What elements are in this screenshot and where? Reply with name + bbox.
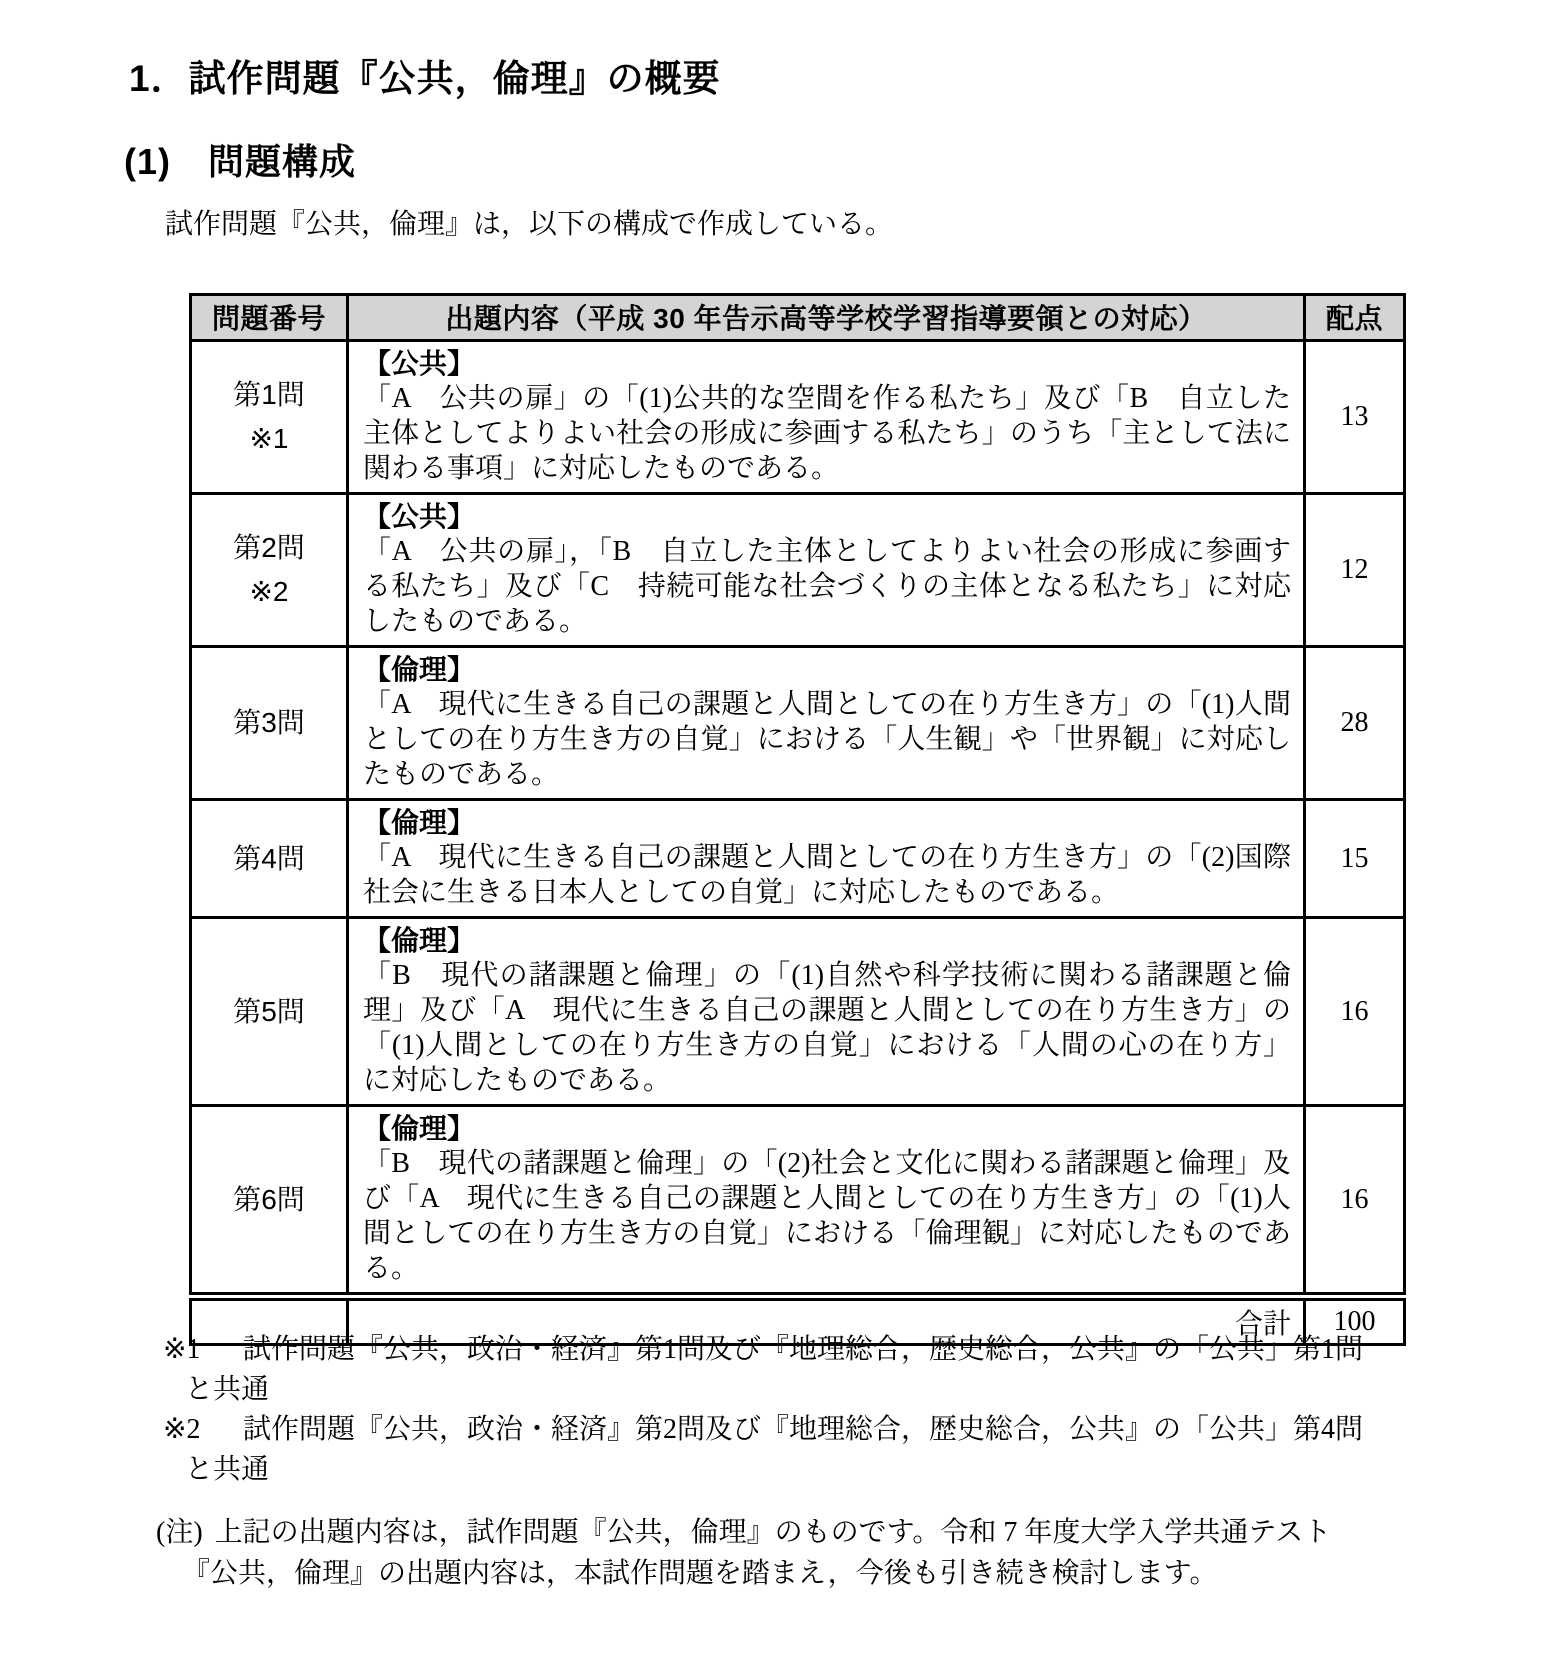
question-category-label: 【倫理】	[363, 805, 1291, 840]
question-number: 第5問	[193, 990, 345, 1034]
question-category-label: 【倫理】	[363, 923, 1291, 958]
footnote-1-text: 試作問題『公共，政治・経済』第1問及び『地理総合，歴史総合，公共』の「公共」第1…	[243, 1330, 1363, 1370]
header-question-content: 出題内容（平成 30 年告示高等学校学習指導要領との対応）	[348, 295, 1305, 341]
question-description: 「A 公共の扉」，「B 自立した主体としてよりよい社会の形成に参画する私たち」及…	[363, 534, 1291, 639]
question-content-cell: 【倫理】 「B 現代の諸課題と倫理」の「(2)社会と文化に関わる諸課題と倫理」及…	[348, 1106, 1305, 1297]
bottom-note-line1: (注) 上記の出題内容は，試作問題『公共，倫理』のものです。令和 7 年度大学入…	[156, 1512, 1331, 1553]
table-row: 第1問 ※1 【公共】 「A 公共の扉」の「(1)公共的な空間を作る私たち」及び…	[191, 341, 1405, 494]
bottom-note-marker: (注)	[156, 1512, 203, 1553]
question-content-cell: 【公共】 「A 公共の扉」の「(1)公共的な空間を作る私たち」及び「B 自立した…	[348, 341, 1305, 494]
question-description: 「A 現代に生きる自己の課題と人間としての在り方生き方」の「(1)人間としての在…	[363, 687, 1291, 792]
question-number-cell: 第1問 ※1	[191, 341, 348, 494]
question-number-cell: 第5問	[191, 918, 348, 1106]
document-page: 1．試作問題『公共，倫理』の概要 (1) 問題構成 試作問題『公共，倫理』は，以…	[0, 0, 1563, 1654]
question-structure-table: 問題番号 出題内容（平成 30 年告示高等学校学習指導要領との対応） 配点 第1…	[189, 293, 1406, 1346]
question-points-value: 13	[1305, 341, 1405, 494]
question-number: 第2問	[193, 526, 345, 570]
question-description: 「B 現代の諸課題と倫理」の「(1)自然や科学技術に関わる諸課題と倫理」及び「A…	[363, 958, 1291, 1098]
footnotes-block: ※1 試作問題『公共，政治・経済』第1問及び『地理総合，歴史総合，公共』の「公共…	[163, 1330, 1483, 1490]
question-points-value: 16	[1305, 1106, 1405, 1297]
page-title: 1．試作問題『公共，倫理』の概要	[129, 48, 721, 102]
question-content-cell: 【倫理】 「A 現代に生きる自己の課題と人間としての在り方生き方」の「(2)国際…	[348, 800, 1305, 918]
question-number: 第1問	[193, 373, 345, 417]
question-category-label: 【倫理】	[363, 1111, 1291, 1146]
question-number: 第3問	[193, 701, 345, 745]
question-points-value: 12	[1305, 494, 1405, 647]
table-row: 第2問 ※2 【公共】 「A 公共の扉」，「B 自立した主体としてよりよい社会の…	[191, 494, 1405, 647]
footnote-2-line2: と共通	[163, 1450, 1483, 1490]
question-points-value: 28	[1305, 647, 1405, 800]
question-number-cell: 第2問 ※2	[191, 494, 348, 647]
question-points-value: 16	[1305, 918, 1405, 1106]
question-description: 「A 公共の扉」の「(1)公共的な空間を作る私たち」及び「B 自立した主体として…	[363, 381, 1291, 486]
question-number-cell: 第4問	[191, 800, 348, 918]
question-category-label: 【倫理】	[363, 652, 1291, 687]
footnote-1-line2: と共通	[163, 1370, 1483, 1410]
question-number-cell: 第6問	[191, 1106, 348, 1297]
table-row: 第3問 【倫理】 「A 現代に生きる自己の課題と人間としての在り方生き方」の「(…	[191, 647, 1405, 800]
question-content-cell: 【倫理】 「A 現代に生きる自己の課題と人間としての在り方生き方」の「(1)人間…	[348, 647, 1305, 800]
intro-text: 試作問題『公共，倫理』は，以下の構成で作成している。	[165, 206, 893, 244]
question-description: 「A 現代に生きる自己の課題と人間としての在り方生き方」の「(2)国際社会に生き…	[363, 840, 1291, 910]
bottom-note-text: 上記の出題内容は，試作問題『公共，倫理』のものです。令和 7 年度大学入学共通テ…	[215, 1512, 1332, 1553]
section-heading: (1) 問題構成	[124, 134, 356, 185]
table-row: 第6問 【倫理】 「B 現代の諸課題と倫理」の「(2)社会と文化に関わる諸課題と…	[191, 1106, 1405, 1297]
table-row: 第4問 【倫理】 「A 現代に生きる自己の課題と人間としての在り方生き方」の「(…	[191, 800, 1405, 918]
question-number: 第6問	[193, 1178, 345, 1222]
bottom-note-line2: 『公共，倫理』の出題内容は，本試作問題を踏まえ，今後も引き続き検討します。	[156, 1553, 1331, 1594]
question-note-marker: ※2	[193, 570, 345, 614]
question-number: 第4問	[193, 837, 345, 881]
header-question-number: 問題番号	[191, 295, 348, 341]
question-content-cell: 【倫理】 「B 現代の諸課題と倫理」の「(1)自然や科学技術に関わる諸課題と倫理…	[348, 918, 1305, 1106]
bottom-note: (注) 上記の出題内容は，試作問題『公共，倫理』のものです。令和 7 年度大学入…	[156, 1512, 1331, 1594]
footnote-1: ※1 試作問題『公共，政治・経済』第1問及び『地理総合，歴史総合，公共』の「公共…	[163, 1330, 1483, 1410]
table-header-row: 問題番号 出題内容（平成 30 年告示高等学校学習指導要領との対応） 配点	[191, 295, 1405, 341]
footnote-2: ※2 試作問題『公共，政治・経済』第2問及び『地理総合，歴史総合，公共』の「公共…	[163, 1410, 1483, 1490]
table-row: 第5問 【倫理】 「B 現代の諸課題と倫理」の「(1)自然や科学技術に関わる諸課…	[191, 918, 1405, 1106]
question-category-label: 【公共】	[363, 499, 1291, 534]
question-category-label: 【公共】	[363, 346, 1291, 381]
question-points-value: 15	[1305, 800, 1405, 918]
footnote-1-marker: ※1	[163, 1330, 243, 1370]
footnote-2-line1: ※2 試作問題『公共，政治・経済』第2問及び『地理総合，歴史総合，公共』の「公共…	[163, 1410, 1483, 1450]
footnote-2-text: 試作問題『公共，政治・経済』第2問及び『地理総合，歴史総合，公共』の「公共」第4…	[243, 1410, 1363, 1450]
question-note-marker: ※1	[193, 417, 345, 461]
question-content-cell: 【公共】 「A 公共の扉」，「B 自立した主体としてよりよい社会の形成に参画する…	[348, 494, 1305, 647]
footnote-2-marker: ※2	[163, 1410, 243, 1450]
header-points: 配点	[1305, 295, 1405, 341]
question-description: 「B 現代の諸課題と倫理」の「(2)社会と文化に関わる諸課題と倫理」及び「A 現…	[363, 1146, 1291, 1286]
question-number-cell: 第3問	[191, 647, 348, 800]
footnote-1-line1: ※1 試作問題『公共，政治・経済』第1問及び『地理総合，歴史総合，公共』の「公共…	[163, 1330, 1483, 1370]
